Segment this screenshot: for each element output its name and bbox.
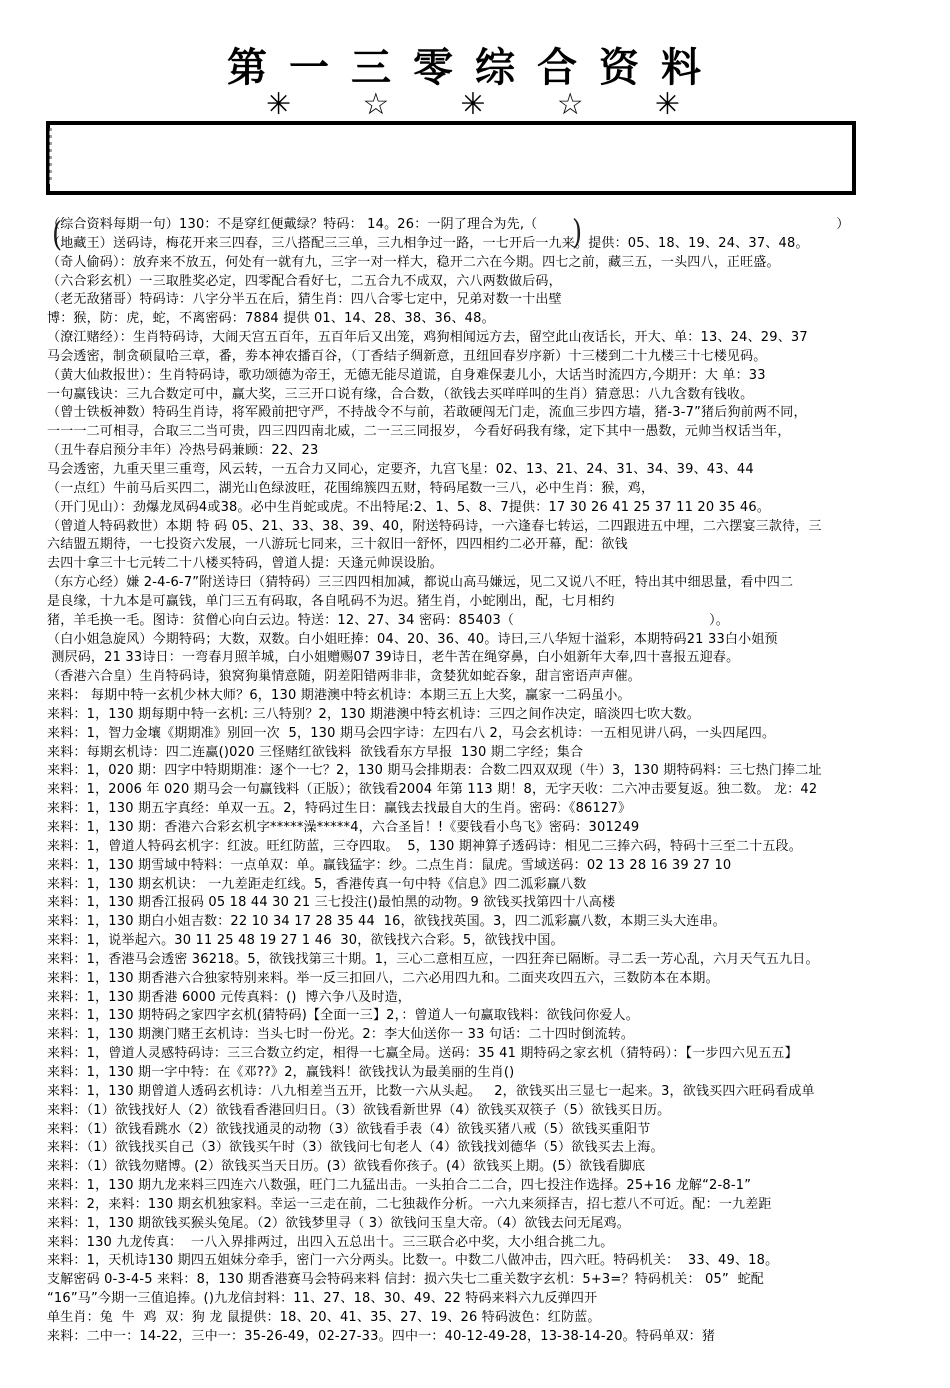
text-line: 马会透密，制贪硕鼠哈三章，番，劵本神农播百谷，（丁香结子绸新意，丑纽回春岁序新）…: [47, 348, 948, 367]
text-line: 来料： 每期中特一玄机少林大师？6，130 期港澳中特玄机诗：本期三五上大奖，赢…: [47, 687, 948, 706]
text-line: 一一一二可相寻，合取三二当可贵，四三四四南北威，二一三三同报岁， 今看好码我有缘…: [47, 423, 948, 442]
text-line: （六合彩玄机）一三取胜奖必定，四零配合看好七，二五合九不成双，六八两数做后码，: [47, 273, 948, 292]
text-line: 来料：每期玄机诗：四二连赢()020 三怪赌红欲钱料 欲钱看东方早报 130 期…: [47, 744, 948, 763]
text-line: （奇人偷码）：放弃来不放五，何处有一就有九，三字一对一样大，稳开二六在今期。四七…: [47, 254, 948, 273]
decoration-symbols: ✳ ☆ ✳ ☆ ✳: [266, 86, 680, 124]
text-line: 来料：1，130 期每期中特一玄机: 三八特别？2，130 期港澳中特玄机诗：三…: [47, 706, 948, 725]
text-line: 来料：1，130 期雪域中特料：一点单双：单。赢钱猛字：纱。二点生肖：鼠虎。雪域…: [47, 857, 948, 876]
text-line: 来料：1，天机诗130 期四五姐妹分牵手，密门一六分两头。比数一。中数二八做冲击…: [47, 1252, 948, 1271]
text-line: 来料：1，130 期五字真经：单双一五。2，特码过生日：赢钱去找最自大的生肖。密…: [47, 800, 948, 819]
text-line: 来料：1，曾道人灵感特码诗：三三合数立约定，相得一七赢全局。送码：35 41 期…: [47, 1045, 948, 1064]
text-line: 测屄码，21 33诗日：一弯春月照羊城，白小姐赠赐07 39诗日，老牛苦在绳穿鼻…: [47, 649, 948, 668]
text-line: （香港六合皇）生肖特码诗，狼窝狗巢情意随，阴差阳错两非非，贪婪犹如蛇吞象，甜言密…: [47, 668, 948, 687]
text-line: 来料：1，130 期香港 6000 元传真料：() 博六争八及时造，: [47, 989, 948, 1008]
text-line: 来料：1，130 期欲钱买猴头兔尾。（2）欲钱梦里寻（ 3）欲钱问玉皇大帝。（4…: [47, 1215, 948, 1234]
text-line: 来料：1，020 期：四字中特期期准：逐个一七？2，130 期马会排期表：合数二…: [47, 762, 948, 781]
text-line: 马会透密，九重天里三重弯，风云转，一五合力又同心，定要齐，九宫飞星：02、13、…: [47, 461, 948, 480]
text-line: 来料：1，香港马会透密 36218。5，欲钱找第三十期。1，三心二意相互应，一四…: [47, 951, 948, 970]
text-line: 单生肖：兔 牛 鸡 双：狗 龙 鼠提供：18、20、41、35、27、19、26…: [47, 1309, 948, 1328]
scan-smudge: [49, 128, 52, 184]
text-line: “16”马”今期一三值追捧。()九龙信封料：11、27、18、30、49、22 …: [47, 1290, 948, 1309]
text-line: 来料：（1）欲钱找买自己（3）欲钱买午时（3）欲钱问七旬老人（4）欲钱找刘德华（…: [47, 1139, 948, 1158]
text-line: （开门见山）：劲爆龙凤码4或38。必中生肖蛇或虎。不出特尾:2、1、5、8、7提…: [47, 499, 948, 518]
text-line: 来料：1，2006 年 020 期马会一句赢钱料（正版）；欲钱看2004 年第 …: [47, 781, 948, 800]
text-line: 是良缘，十九本是可赢钱，单门三五有码取，各自吼码不为迟。猪生肖，小蛇刚出，配，七…: [47, 593, 948, 612]
asterisk-star-icon: ✳: [655, 86, 680, 124]
text-line: 来料：1，130 期九龙来料三四连六八数强，旺门二九猛出击。一头拍合二二合，四七…: [47, 1177, 948, 1196]
text-line: （老无敌猪哥）特码诗：八字分半五在后，猜生肖：四八合零七定中，兄弟对数一十出壁: [47, 291, 948, 310]
text-line: 来料：1，智力金壤《期期准》别回一次 5，130 期马会四字诗：左四右八 2，马…: [47, 725, 948, 744]
text-line: 来料：（1）欲钱勿赌博。(2）欲钱买当天日历。(3）欲钱看你孩子。(4）欲钱买上…: [47, 1158, 948, 1177]
text-line: 来料：1，130 期香港六合独家特别来料。举一反三扣回八，二六必用四九和。二面夹…: [47, 970, 948, 989]
text-line: 来料：2，来料：130 期玄机独家料。幸运一三走在前，二七独裁作分析。一六九来须…: [47, 1196, 948, 1215]
text-line: （地藏王）送码诗，梅花开来三四春，三八搭配三三单，三九相争过一路，一七开后一九来…: [47, 235, 948, 254]
text-line: 来料：1，130 期香江报码 05 18 44 30 21 三七投注()最怕黑的…: [47, 894, 948, 913]
text-line: 猪，羊毛换一毛。图诗：贫僧心向白云边。特送：12、27、34 密码：85403（…: [47, 612, 948, 631]
text-line: 来料：1，130 期玄机诀： 一九差距走红线。5，香港传真一句中特《信息》四二泒…: [47, 876, 948, 895]
text-line: 来料：1，130 期：香港六合彩玄机字*****澡*****4，六合圣旨！!《要…: [47, 819, 948, 838]
text-line: （黄大仙救报世）：生肖特码诗，歌功颂德为帝王，无德无能尽道谎，自身难保妻儿小，大…: [47, 367, 948, 386]
text-line: （东方心经）嫌 2-4-6-7”附送诗曰（猜特码）三三四四相加减，都说山高马嫌远…: [47, 574, 948, 593]
text-line: 来料：1，130 期曾道人透码玄机诗：八九相差当五开，比数一六从头起。 2，欲钱…: [47, 1083, 948, 1102]
content-lines: （综合资料每期一句）130：不是穿红便戴绿？特码： 14。26：一阴了理合为先,…: [47, 216, 948, 1347]
text-line: 来料：1，130 期特码之家四字玄机(猜特码)【全面一三】2，：曾道人一句赢取钱…: [47, 1007, 948, 1026]
text-line: 一句赢钱诀：三九合数定可中，赢大奖，三三开口说有缘，合合数，（欲钱去买咩咩叫的生…: [47, 386, 948, 405]
text-line: （综合资料每期一句）130：不是穿红便戴绿？特码： 14。26：一阴了理合为先,…: [47, 216, 948, 235]
empty-notice-box: [46, 121, 856, 195]
text-line: 来料：1，130 期一字中特：在《邓??》2，赢钱料！欲钱找认为最美丽的生肖(): [47, 1064, 948, 1083]
text-line: 来料：1，说举起六。30 11 25 48 19 27 1 46 30，欲钱找六…: [47, 932, 948, 951]
text-line: 来料：1，130 期澳门赌王玄机诗：当头七时一份光。2：李大仙送你一 33 句话…: [47, 1026, 948, 1045]
asterisk-star-icon: ✳: [460, 86, 485, 124]
text-line: （丑牛春启预分丰年）冷热号码兼顾：22、23: [47, 442, 948, 461]
text-line: （曾士铁板神数）特码生肖诗，将军殿前把守严，不持战令不与前，若敢硬闯无门走，流血…: [47, 404, 948, 423]
white-star-icon: ☆: [557, 86, 584, 124]
text-line: 来料：（1）欲钱找好人（2）欲钱看香港回归日。（3）欲钱看新世界（4）欲钱买双筷…: [47, 1102, 948, 1121]
text-line: 去四十拿三十七元转二十八楼买特码，曾道人提：天逢元帅误设胎。: [47, 555, 948, 574]
text-line: 来料：（1）欲钱看跳水（2）欲钱找通灵的动物（3）欲钱看手表（4）欲钱买猪八戒（…: [47, 1121, 948, 1140]
page-title: 第一三零综合资料: [0, 36, 950, 93]
text-line: （白小姐急旋风）今期特码；大数，双数。白小姐旺捧：04、20、36、40。诗曰,…: [47, 631, 948, 650]
text-line: 支解密码 0-3-4-5 来料：8，130 期香港赛马会特码来料 信封：损六失七…: [47, 1271, 948, 1290]
text-line: 来料：1，130 期白小姐吉数：22 10 34 17 28 35 44 16，…: [47, 913, 948, 932]
asterisk-star-icon: ✳: [266, 86, 291, 124]
text-line: 来料：二中一：14-22，三中一：35-26-49，02-27-33。四中一：4…: [47, 1328, 948, 1347]
text-line: （一点红）牛前马后买四二，湖光山色绿波旺，花围绵簇四五财，特码尾数一三八，必中生…: [47, 480, 948, 499]
text-line: 博：猴，防：虎，蛇，不离密码：7884 提供 01、14、28、38、36、48…: [47, 310, 948, 329]
text-line: （曾道人特码救世）本期 特 码 05、21、33、38、39、40，附送特码诗，…: [47, 518, 948, 537]
text-line: （潦江赌经）：生肖特码诗，大闹天宫五百年，五百年后又出笼，鸡狗相闻远方去，留空此…: [47, 329, 948, 348]
white-star-icon: ☆: [362, 86, 389, 124]
text-line: 六结盟五期待，一七投资六发展，一八游玩七同来，三十叙旧一舒怀，四四相约二必开幕，…: [47, 536, 948, 555]
text-line: 来料：130 九龙传真： 一八入界排两过，出四入五总出十。三三联合必中奖，大小组…: [47, 1234, 948, 1253]
text-line: 来料：1，曾道人特码玄机字：红波。旺红防蓝，三夺四取。 5，130 期神算子透码…: [47, 838, 948, 857]
